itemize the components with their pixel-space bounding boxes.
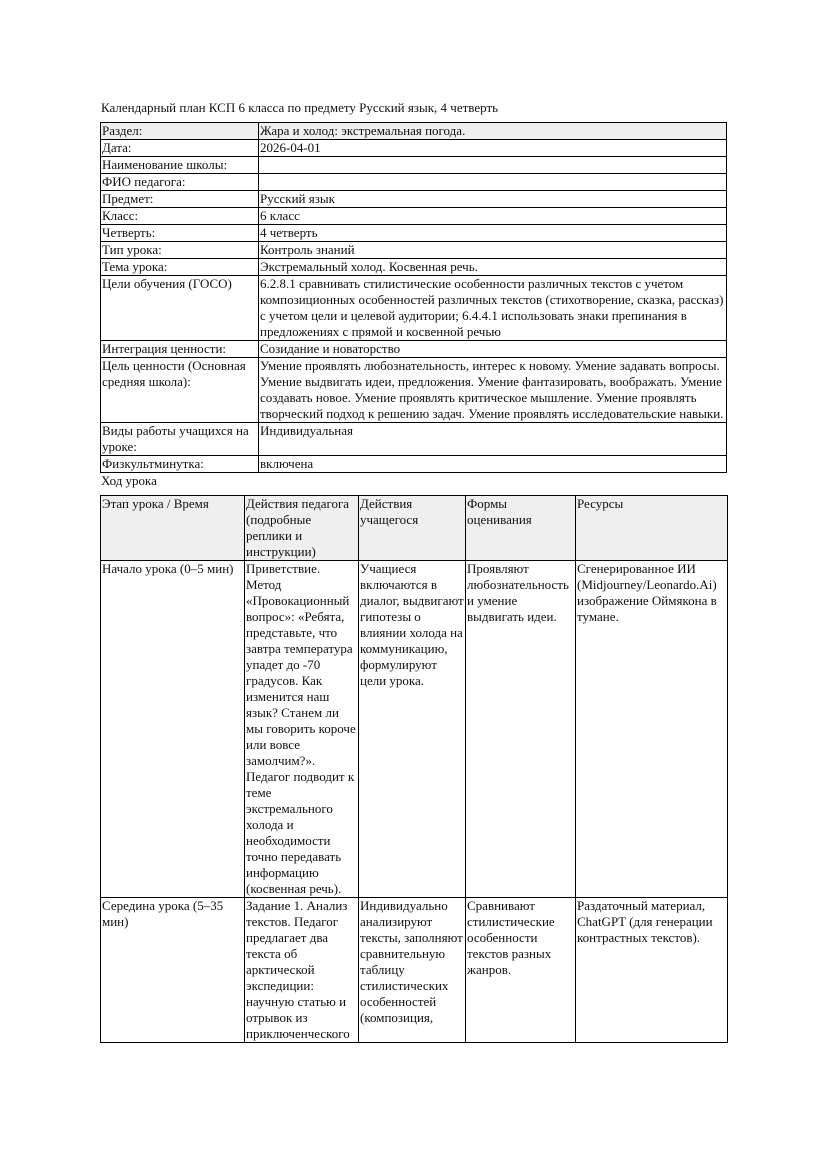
- info-label: Предмет:: [101, 191, 259, 208]
- info-label: Дата:: [101, 140, 259, 157]
- assessment-cell: Проявляют любознательность и умение выдв…: [466, 561, 576, 898]
- header-resources: Ресурсы: [576, 496, 728, 561]
- info-value: Русский язык: [259, 191, 727, 208]
- info-value: Умение проявлять любознательность, интер…: [259, 358, 727, 423]
- info-row: Виды работы учащихся на уроке:Индивидуал…: [101, 423, 727, 456]
- info-value: Экстремальный холод. Косвенная речь.: [259, 259, 727, 276]
- header-student-actions: Действия учащегося: [359, 496, 466, 561]
- lesson-flow-title: Ход урока: [101, 473, 727, 489]
- header-teacher-actions: Действия педагога (подробные реплики и и…: [245, 496, 359, 561]
- header-assessment: Формы оценивания: [466, 496, 576, 561]
- info-row: Раздел:Жара и холод: экстремальная погод…: [101, 123, 727, 140]
- teacher-actions-cell: Задание 1. Анализ текстов. Педагог предл…: [245, 898, 359, 1043]
- info-label: Наименование школы:: [101, 157, 259, 174]
- info-label: Интеграция ценности:: [101, 341, 259, 358]
- info-label: Тема урока:: [101, 259, 259, 276]
- info-value: 6.2.8.1 сравнивать стилистические особен…: [259, 276, 727, 341]
- info-label: Класс:: [101, 208, 259, 225]
- info-row: Класс:6 класс: [101, 208, 727, 225]
- info-value: Контроль знаний: [259, 242, 727, 259]
- info-row: Тип урока:Контроль знаний: [101, 242, 727, 259]
- info-row: Наименование школы:: [101, 157, 727, 174]
- info-row: Четверть:4 четверть: [101, 225, 727, 242]
- info-value: Индивидуальная: [259, 423, 727, 456]
- info-value: Созидание и новаторство: [259, 341, 727, 358]
- stage-cell: Середина урока (5–35 мин): [101, 898, 245, 1043]
- lesson-flow-header-row: Этап урока / Время Действия педагога (по…: [101, 496, 728, 561]
- student-actions-cell: Учащиеся включаются в диалог, выдвигают …: [359, 561, 466, 898]
- teacher-actions-cell: Приветствие. Метод «Провокационный вопро…: [245, 561, 359, 898]
- assessment-cell: Сравнивают стилистические особенности те…: [466, 898, 576, 1043]
- stage-cell: Начало урока (0–5 мин): [101, 561, 245, 898]
- lesson-flow-table: Этап урока / Время Действия педагога (по…: [100, 495, 728, 1043]
- info-label: Цель ценности (Основная средняя школа):: [101, 358, 259, 423]
- info-row: Предмет:Русский язык: [101, 191, 727, 208]
- info-label: Физкультминутка:: [101, 456, 259, 473]
- info-row: Тема урока:Экстремальный холод. Косвенна…: [101, 259, 727, 276]
- info-row: Физкультминутка:включена: [101, 456, 727, 473]
- document-page: Календарный план КСП 6 класса по предмет…: [100, 100, 727, 1043]
- info-row: Дата:2026-04-01: [101, 140, 727, 157]
- lesson-flow-row: Середина урока (5–35 мин)Задание 1. Анал…: [101, 898, 728, 1043]
- info-value: [259, 174, 727, 191]
- info-label: Виды работы учащихся на уроке:: [101, 423, 259, 456]
- info-value: Жара и холод: экстремальная погода.: [259, 123, 727, 140]
- info-value: 4 четверть: [259, 225, 727, 242]
- resources-cell: Сгенерированное ИИ (Midjourney/Leonardo.…: [576, 561, 728, 898]
- info-row: ФИО педагога:: [101, 174, 727, 191]
- info-label: Тип урока:: [101, 242, 259, 259]
- info-label: Раздел:: [101, 123, 259, 140]
- info-value: [259, 157, 727, 174]
- info-label: Цели обучения (ГОСО): [101, 276, 259, 341]
- info-label: ФИО педагога:: [101, 174, 259, 191]
- info-value: 2026-04-01: [259, 140, 727, 157]
- resources-cell: Раздаточный материал, ChatGPT (для генер…: [576, 898, 728, 1043]
- info-row: Интеграция ценности:Созидание и новаторс…: [101, 341, 727, 358]
- lesson-info-table: Раздел:Жара и холод: экстремальная погод…: [100, 122, 727, 473]
- info-row: Цели обучения (ГОСО)6.2.8.1 сравнивать с…: [101, 276, 727, 341]
- info-row: Цель ценности (Основная средняя школа):У…: [101, 358, 727, 423]
- document-title: Календарный план КСП 6 класса по предмет…: [101, 100, 727, 116]
- lesson-flow-row: Начало урока (0–5 мин)Приветствие. Метод…: [101, 561, 728, 898]
- header-stage: Этап урока / Время: [101, 496, 245, 561]
- student-actions-cell: Индивидуально анализируют тексты, заполн…: [359, 898, 466, 1043]
- info-value: 6 класс: [259, 208, 727, 225]
- info-label: Четверть:: [101, 225, 259, 242]
- info-value: включена: [259, 456, 727, 473]
